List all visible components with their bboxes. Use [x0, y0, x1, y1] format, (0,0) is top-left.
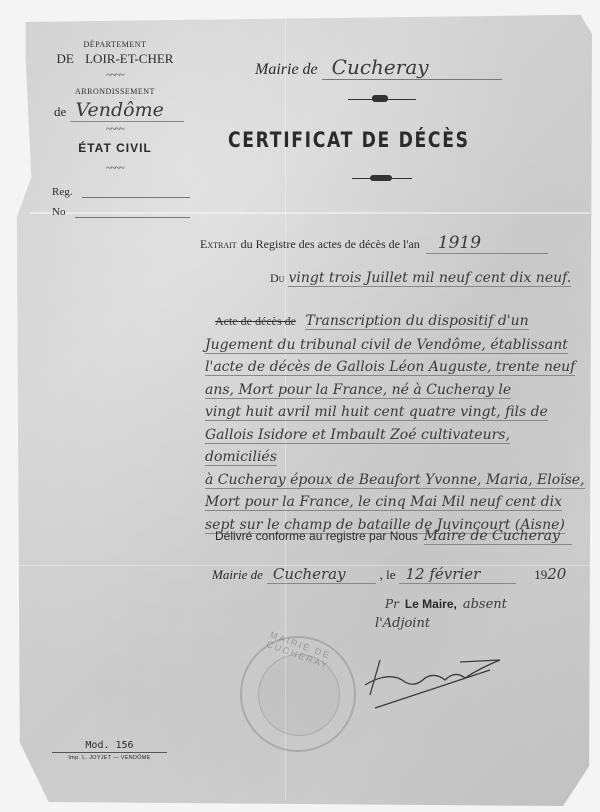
maire-line: Pr Le Maire, absent	[385, 597, 507, 612]
du-label: Du	[270, 271, 284, 286]
adjoint-text: l'Adjoint	[375, 616, 430, 631]
signature-mark	[360, 640, 520, 710]
maire-label: Le Maire,	[405, 597, 457, 611]
acte-text-line: à Cucheray époux de Beaufort Yvonne, Mar…	[205, 472, 585, 489]
date-year-printed: 19	[534, 567, 547, 583]
departement-label: DÉPARTEMENT	[40, 40, 190, 49]
acte-body: Acte de décès de Transcription du dispos…	[205, 310, 585, 536]
acte-line-2: l'acte de décès de Gallois Léon Auguste,…	[205, 356, 585, 379]
date-mairie-label: Mairie de	[212, 567, 263, 583]
mairie-value: Cucheray	[322, 55, 502, 80]
date-line: Mairie de Cucheray , le 12 février 1920	[212, 565, 566, 584]
ornament-divider: ~~~~	[40, 163, 190, 174]
acte-line-3: ans, Mort pour la France, né à Cucheray …	[205, 379, 585, 402]
delivre-label: Délivré conforme au registre par Nous	[215, 529, 418, 543]
left-header-block: DÉPARTEMENT DE LOIR-ET-CHER ~~~~ ARRONDI…	[40, 40, 190, 218]
acte-line-7: Mort pour la France, le cinq Mai Mil neu…	[205, 491, 585, 514]
mairie-header-line: Mairie de Cucheray	[255, 55, 502, 80]
acte-text-line: Jugement du tribunal civil de Vendôme, é…	[205, 337, 568, 354]
date-le-label: , le	[380, 567, 396, 583]
arrondissement-line: de Vendôme	[40, 99, 190, 121]
arrondissement-label: ARRONDISSEMENT	[40, 87, 190, 96]
reg-label: Reg.	[52, 186, 72, 198]
acte-text-line: Mort pour la France, le cinq Mai Mil neu…	[205, 494, 562, 511]
acte-text-line: vingt huit avril mil huit cent quatre vi…	[205, 404, 548, 421]
number-label: No	[52, 206, 65, 218]
extrait-line: Extrait du Registre des actes de décès d…	[200, 233, 548, 254]
extrait-label-rest: du Registre des actes de décès de l'an	[241, 237, 420, 252]
form-footer: Mod. 156 Imp. L. JOYJET — VENDÔME	[52, 740, 167, 761]
ornament-flourish-bottom	[370, 175, 392, 181]
arrondissement-prefix: de	[54, 104, 66, 119]
acte-line-4: vingt huit avril mil huit cent quatre vi…	[205, 401, 585, 424]
etat-civil-heading: ÉTAT CIVIL	[40, 141, 190, 155]
acte-text-line: l'acte de décès de Gallois Léon Auguste,…	[205, 359, 575, 376]
pour-prefix: Pr	[385, 597, 399, 611]
delivre-line: Délivré conforme au registre par Nous Ma…	[215, 528, 572, 545]
acte-struck-label: Acte de décès de	[215, 314, 296, 328]
delivre-value: Maire de Cucheray	[424, 528, 572, 545]
document-title: CERTIFICAT DE DÉCÈS	[228, 128, 470, 152]
reg-field: Reg.	[40, 186, 190, 198]
mairie-stamp: MAIRIE DE CUCHERAY	[240, 636, 356, 752]
mairie-label: Mairie de	[255, 61, 318, 79]
model-number: Mod. 156	[52, 740, 167, 753]
date-year-handwritten: 20	[547, 565, 566, 583]
ornament-divider: ~~~~	[40, 70, 190, 81]
ornament-divider: ~~~~	[40, 124, 190, 135]
acte-line-1: Jugement du tribunal civil de Vendôme, é…	[205, 334, 585, 357]
printer-credit: Imp. L. JOYJET — VENDÔME	[52, 755, 167, 761]
absent-text: absent	[463, 597, 507, 612]
acte-text-line: Transcription du dispositif d'un	[305, 313, 528, 330]
reg-blank-line	[82, 196, 190, 198]
acte-text-line: ans, Mort pour la France, né à Cucheray …	[205, 382, 511, 399]
du-line: Du vingt trois Juillet mil neuf cent dix…	[270, 270, 571, 287]
date-mairie-value: Cucheray	[267, 565, 376, 584]
acte-line-0: Acte de décès de Transcription du dispos…	[205, 310, 585, 334]
du-value: vingt trois Juillet mil neuf cent dix ne…	[288, 270, 571, 287]
arrondissement-value: Vendôme	[70, 99, 184, 122]
extrait-year: 1919	[426, 233, 548, 254]
acte-line-5: Gallois Isidore et Imbault Zoé cultivate…	[205, 424, 585, 469]
acte-line-6: à Cucheray époux de Beaufort Yvonne, Mar…	[205, 469, 585, 492]
number-field: No	[40, 206, 190, 218]
ornament-flourish-top	[372, 95, 388, 102]
acte-text-line: Gallois Isidore et Imbault Zoé cultivate…	[205, 427, 510, 467]
date-value: 12 février	[399, 565, 516, 584]
number-blank-line	[75, 216, 190, 218]
departement-name: DE LOIR-ET-CHER	[40, 51, 190, 67]
extrait-label: Extrait	[200, 237, 237, 252]
